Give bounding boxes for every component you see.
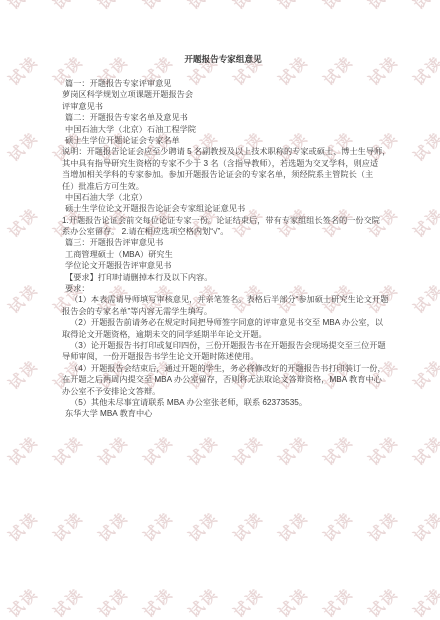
doc-line: 在开题之后两周内提交至 MBA 办公室留存，否则将无法取论文答辩资格，MBA 教… [62, 374, 384, 385]
watermark-text: 试读 [364, 583, 403, 620]
watermark-text: 试读 [409, 51, 440, 90]
watermark-text: 试读 [319, 431, 358, 470]
watermark-text: 试读 [4, 507, 43, 546]
watermark-text: 试读 [4, 127, 43, 166]
watermark-text: 试读 [409, 0, 440, 14]
doc-line: 其中具有指导研究生资格的专家不少于 3 名（含指导教师），若选题为交叉学科，则应… [62, 158, 384, 169]
watermark-text: 试读 [184, 507, 223, 546]
watermark-text: 试读 [139, 431, 178, 470]
doc-line: 萝岗区科学规划立项课题开题报告会 [62, 89, 384, 100]
watermark-text: 试读 [49, 583, 88, 620]
doc-line: （4）开题报告会结束后，通过开题的学生，务必将修改好的开题报告书打印装订一份， [62, 363, 384, 374]
watermark-text: 试读 [4, 355, 43, 394]
page-title: 开题报告专家组意见 [62, 54, 384, 64]
doc-line: 1.开题报告论证会前交每位论证专家一份。论证结束后，带有专家组组长签名的一份交院 [62, 215, 384, 226]
doc-line: 篇三：开题报告评审意见书 [62, 237, 384, 248]
doc-line: 【要求】打印时请删掉本行及以下内容。 [62, 272, 384, 283]
doc-line: 评审意见书 [62, 101, 384, 112]
watermark-text: 试读 [274, 583, 313, 620]
watermark-text: 试读 [274, 507, 313, 546]
watermark-text: 试读 [49, 431, 88, 470]
doc-line: （5）其他未尽事宜请联系 MBA 办公室张老师，联系 62373535。 [62, 397, 384, 408]
doc-line: 当增加相关学科的专家参加。参加开题报告论证会的专家名单，须经院系主管院长（主 [62, 169, 384, 180]
watermark-text: 试读 [229, 507, 268, 546]
doc-line: 导师审阅，一份开题报告书学生论文开题时陈述使用。 [62, 351, 384, 362]
doc-line: （2）开题报告前请务必在规定时间把导师签字同意的评审意见书交至 MBA 办公室，… [62, 317, 384, 328]
watermark-text: 试读 [4, 51, 43, 90]
watermark-text: 试读 [274, 0, 313, 14]
watermark-text: 试读 [409, 127, 440, 166]
doc-line: 办公室不予安排论文答辩。 [62, 386, 384, 397]
watermark-text: 试读 [319, 507, 358, 546]
watermark-text: 试读 [94, 0, 133, 14]
doc-line: 系办公室留存。 2.请在相应选项空格内划“√”。 [62, 226, 384, 237]
doc-line: 篇一：开题报告专家评审意见 [62, 78, 384, 89]
watermark-text: 试读 [94, 583, 133, 620]
watermark-text: 试读 [409, 583, 440, 620]
watermark-text: 试读 [409, 279, 440, 318]
watermark-text: 试读 [139, 583, 178, 620]
doc-line: 说明：开题报告论证会应至少聘请 5 名副教授及以上技术职称的专家或硕士、博士生导… [62, 146, 384, 157]
watermark-text: 试读 [229, 431, 268, 470]
watermark-text: 试读 [4, 583, 43, 620]
doc-line: 中国石油大学（北京） [62, 192, 384, 203]
doc-line: 取得论文开题资格，逾期未交的同学延期半年论文开题。 [62, 329, 384, 340]
doc-line: 东华大学 MBA 教育中心 [62, 408, 384, 419]
doc-line: 任）批准后方可生效。 [62, 181, 384, 192]
watermark-text: 试读 [364, 507, 403, 546]
watermark-text: 试读 [184, 0, 223, 14]
watermark-text: 试读 [409, 203, 440, 242]
watermark-text: 试读 [4, 431, 43, 470]
watermark-text: 试读 [409, 431, 440, 470]
doc-line: 中国石油大学（北京）石油工程学院 [62, 124, 384, 135]
doc-line: 要求： [62, 283, 384, 294]
watermark-text: 试读 [4, 279, 43, 318]
watermark-text: 试读 [4, 203, 43, 242]
watermark-text: 试读 [229, 0, 268, 14]
watermark-text: 试读 [4, 0, 43, 14]
document-page: 试读试读试读试读试读试读试读试读试读试读试读试读试读试读试读试读试读试读试读试读… [0, 0, 440, 620]
doc-line: （3）论开题报告书打印或复印四份，三份开题报告书在开题报告会现场提交至三位开题 [62, 340, 384, 351]
watermark-text: 试读 [274, 431, 313, 470]
watermark-text: 试读 [94, 431, 133, 470]
watermark-text: 试读 [319, 583, 358, 620]
doc-line: 硕士生学位开题论证会专家名单 [62, 135, 384, 146]
watermark-text: 试读 [409, 355, 440, 394]
watermark-text: 试读 [364, 0, 403, 14]
doc-line: 篇二：开题报告专家名单及意见书 [62, 112, 384, 123]
doc-line: 工商管理硕士（MBA）研究生 [62, 249, 384, 260]
watermark-text: 试读 [364, 431, 403, 470]
watermark-text: 试读 [49, 507, 88, 546]
watermark-text: 试读 [184, 583, 223, 620]
doc-line: （1）本表需请导师填写审核意见，并亲笔签名。表格后半部分“参加硕士研究生论文开题 [62, 294, 384, 305]
watermark-text: 试读 [229, 583, 268, 620]
watermark-text: 试读 [319, 0, 358, 14]
watermark-text: 试读 [94, 507, 133, 546]
doc-line: 学位论文开题报告评审意见书 [62, 260, 384, 271]
document-content: 开题报告专家组意见 篇一：开题报告专家评审意见 萝岗区科学规划立项课题开题报告会… [62, 54, 384, 420]
watermark-text: 试读 [409, 507, 440, 546]
watermark-text: 试读 [49, 0, 88, 14]
doc-line: 硕士生学位论文开题报告论证会专家组论证意见书 [62, 203, 384, 214]
doc-line: 报告会的专家名单”等内容无需学生填写。 [62, 306, 384, 317]
watermark-text: 试读 [139, 0, 178, 14]
watermark-text: 试读 [139, 507, 178, 546]
watermark-text: 试读 [184, 431, 223, 470]
